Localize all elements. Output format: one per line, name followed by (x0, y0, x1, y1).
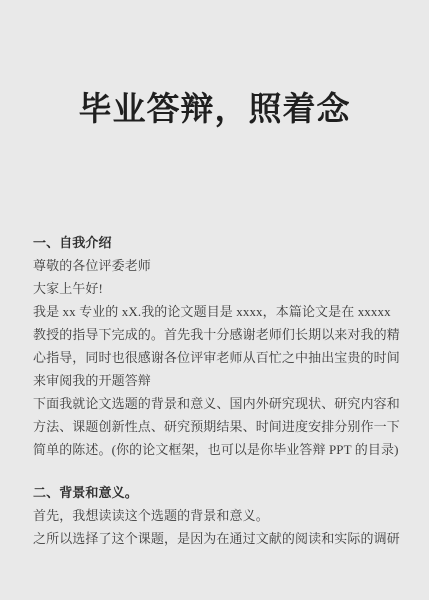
outline-paragraph: 下面我就论文选题的背景和意义、国内外研究现状、研究内容和 方法、课题创新性点、研… (33, 392, 403, 461)
page-title: 毕业答辩，照着念 (0, 0, 429, 131)
article-page: 毕业答辩，照着念 一、自我介绍 尊敬的各位评委老师 大家上午好! 我是 xx 专… (0, 0, 429, 600)
section-1-heading: 一、自我介绍 (33, 231, 403, 254)
salutation-line: 大家上午好! (33, 277, 403, 300)
article-body: 一、自我介绍 尊敬的各位评委老师 大家上午好! 我是 xx 专业的 xX.我的论… (33, 231, 403, 550)
section-2-heading: 二、背景和意义。 (33, 481, 403, 504)
greeting-line: 尊敬的各位评委老师 (33, 254, 403, 277)
topic-reason-line: 之所以选择了这个课题，是因为在通过文献的阅读和实际的调研 (33, 527, 403, 550)
self-intro-paragraph: 我是 xx 专业的 xX.我的论文题目是 xxxx，本篇论文是在 xxxxx 教… (33, 300, 403, 392)
background-intro-line: 首先，我想读读这个选题的背景和意义。 (33, 504, 403, 527)
